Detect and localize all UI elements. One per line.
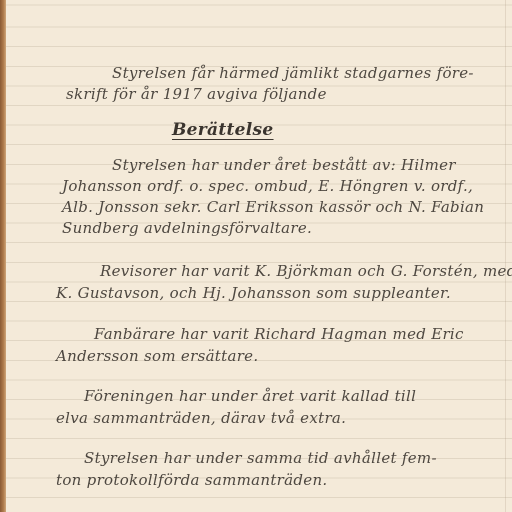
paragraph-1-line-3: Alb. Jonsson sekr. Carl Eriksson kassör … bbox=[62, 198, 484, 216]
paragraph-5-line-1: Styrelsen har under samma tid avhållet f… bbox=[84, 449, 437, 467]
document-heading: Berättelse bbox=[172, 120, 274, 140]
paragraph-3-line-1: Fanbärare har varit Richard Hagman med E… bbox=[94, 325, 464, 343]
paragraph-4-line-2: elva sammanträden, därav två extra. bbox=[56, 409, 346, 427]
paragraph-4-line-1: Föreningen har under året varit kallad t… bbox=[84, 387, 416, 405]
paragraph-5-line-2: ton protokollförda sammanträden. bbox=[56, 471, 327, 489]
paragraph-2-line-1: Revisorer har varit K. Björkman och G. F… bbox=[100, 262, 512, 280]
paragraph-3-line-2: Andersson som ersättare. bbox=[56, 347, 258, 365]
margin-line bbox=[505, 0, 506, 512]
paragraph-1-line-1: Styrelsen har under året bestått av: Hil… bbox=[112, 156, 456, 174]
paragraph-1-line-2: Johansson ordf. o. spec. ombud, E. Höngr… bbox=[62, 177, 473, 195]
intro-line-2: skrift för år 1917 avgiva följande bbox=[66, 85, 327, 103]
intro-line-1: Styrelsen får härmed jämlikt stadgarnes … bbox=[112, 64, 474, 82]
paragraph-2-line-2: K. Gustavson, och Hj. Johansson som supp… bbox=[56, 284, 451, 302]
paragraph-1-line-4: Sundberg avdelningsförvaltare. bbox=[62, 219, 312, 237]
